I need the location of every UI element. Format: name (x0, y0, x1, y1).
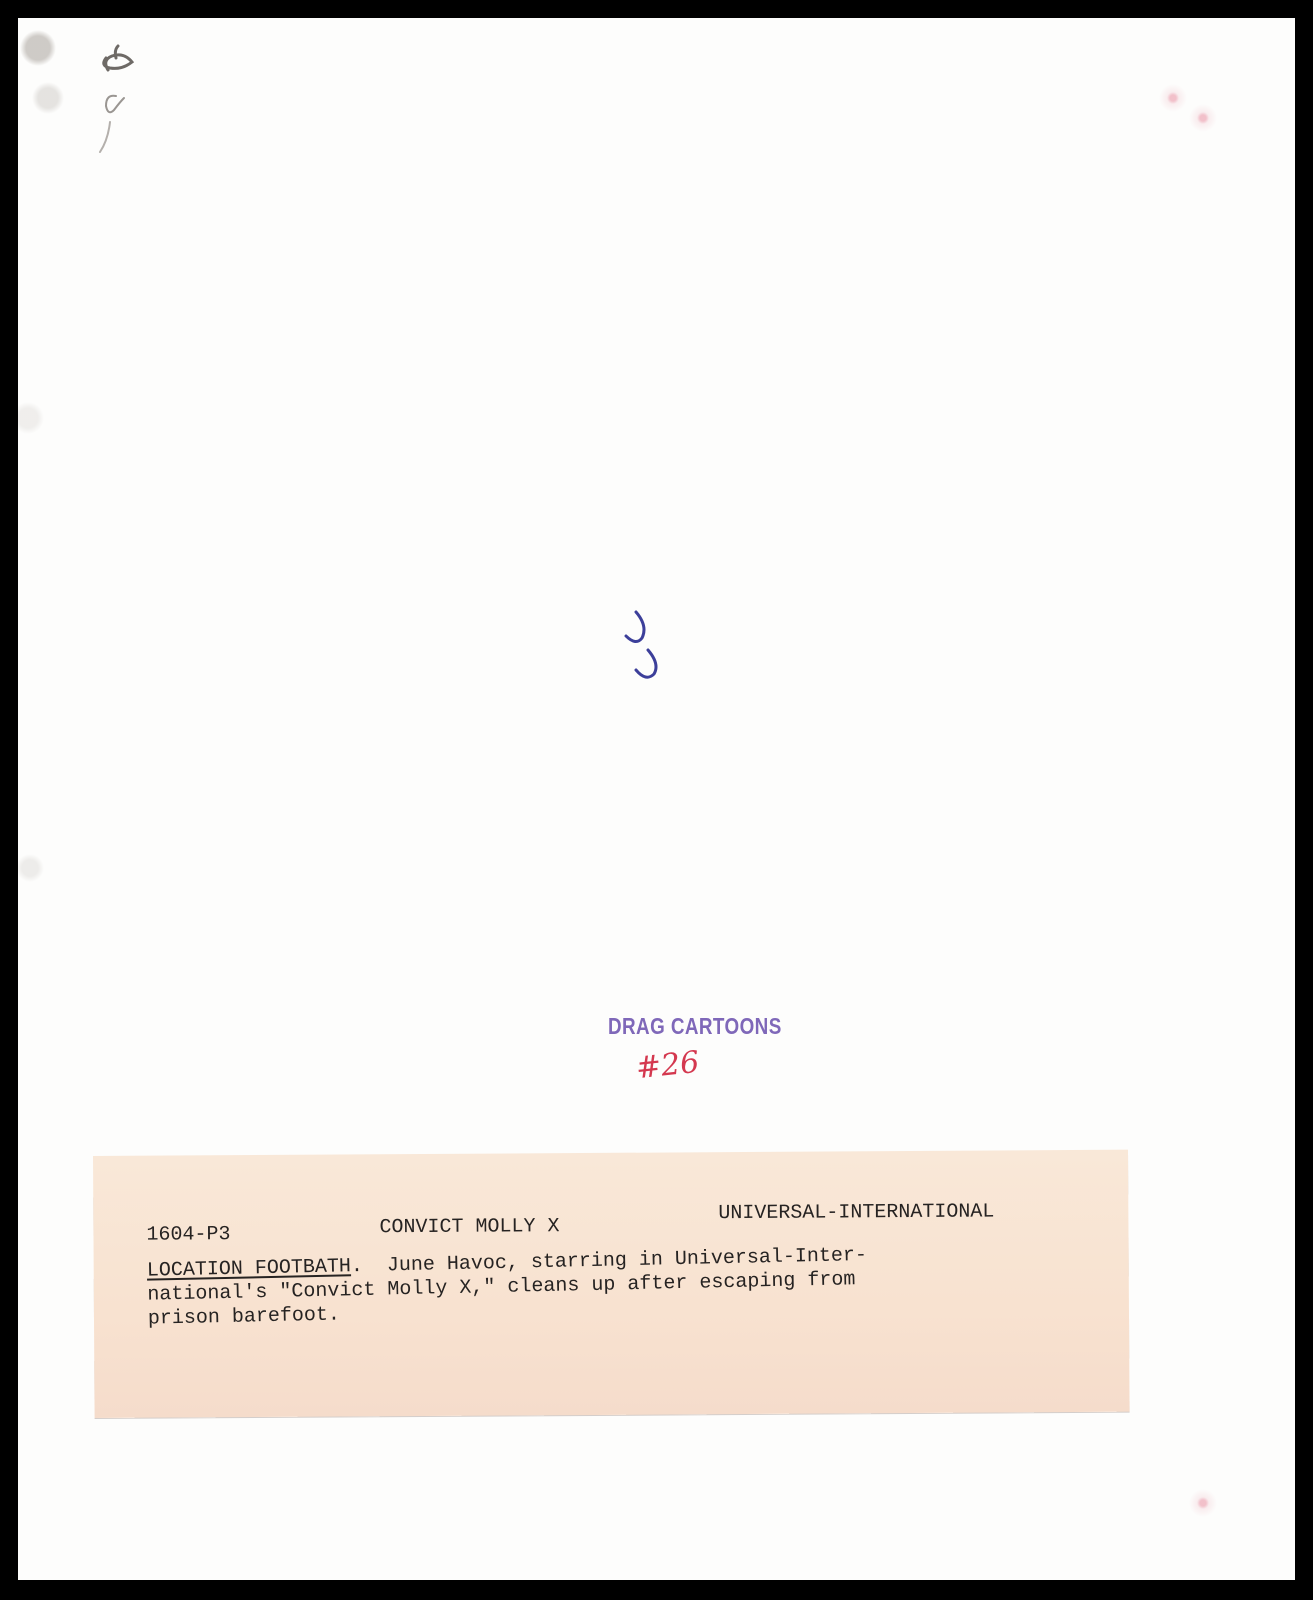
caption-header-row: 1604-P3 CONVICT MOLLY X UNIVERSAL-INTERN… (93, 1200, 1128, 1206)
red-ink-number: #26 (634, 1045, 701, 1086)
studio-name: UNIVERSAL-INTERNATIONAL (718, 1200, 994, 1225)
paper-stain (1183, 103, 1223, 133)
photo-code: 1604-P3 (146, 1223, 230, 1247)
drag-cartoons-stamp: DRAG CARTOONS (608, 1013, 782, 1040)
caption-body: LOCATION FOOTBATH. June Havoc, starring … (147, 1239, 1108, 1332)
caption-slip: 1604-P3 CONVICT MOLLY X UNIVERSAL-INTERN… (93, 1150, 1130, 1418)
photo-back: DRAG CARTOONS #26 1604-P3 CONVICT MOLLY … (18, 18, 1295, 1580)
caption-line-3: prison barefoot. (148, 1303, 340, 1330)
film-title: CONVICT MOLLY X (379, 1215, 559, 1239)
caption-headline: LOCATION FOOTBATH (147, 1255, 352, 1282)
blue-ink-cc-mark-icon (616, 608, 666, 688)
paper-stain (18, 18, 78, 918)
pencil-number-mark-icon (80, 40, 140, 160)
paper-stain (1183, 1488, 1223, 1518)
